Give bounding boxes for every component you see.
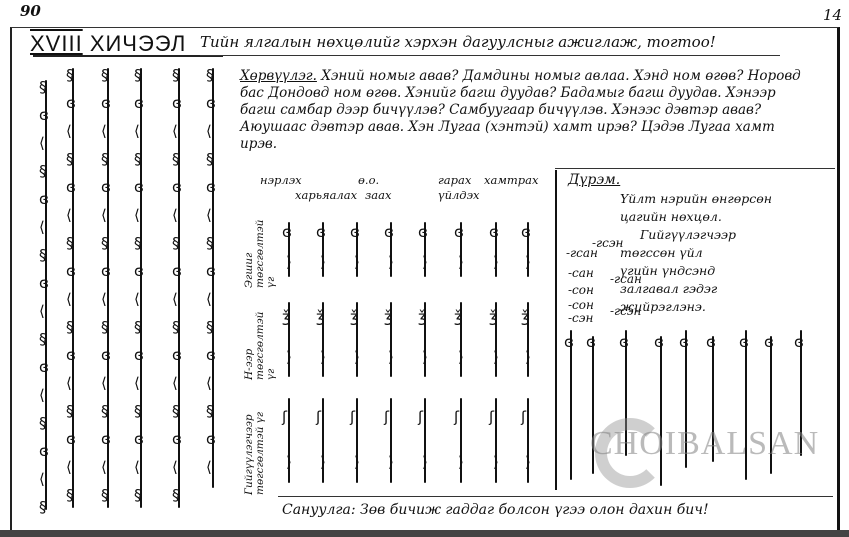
script-glyph: ⟨ — [101, 124, 107, 139]
suffix: -сон — [568, 283, 594, 297]
script-glyph: ⟨ — [39, 220, 45, 235]
script-glyph: ⟩ — [525, 455, 531, 470]
rule-line: үгийн үндсэнд — [620, 262, 835, 280]
lesson-underline — [33, 55, 223, 57]
reminder-note: Сануулга: Зөв бичиж гаддаг болсон үгээ о… — [282, 502, 709, 518]
script-glyph: ɞ — [282, 225, 292, 240]
lesson-numeral: XVIII — [30, 31, 83, 56]
script-glyph: § — [66, 236, 74, 251]
exercise-paragraph: Хөрвүүлэг. Хэний номыг авав? Дамдины ном… — [240, 68, 805, 153]
script-glyph: ⟩ — [286, 350, 292, 365]
scan-edge — [0, 530, 849, 537]
script-glyph: ⟩ — [320, 255, 326, 270]
script-glyph: § — [101, 236, 109, 251]
divider — [555, 168, 835, 169]
script-glyph: ⟨ — [101, 292, 107, 307]
script-glyph: ɞ — [206, 348, 216, 363]
script-glyph: § — [101, 320, 109, 335]
script-glyph: § — [39, 248, 47, 263]
script-glyph: ɞ — [206, 432, 216, 447]
script-glyph: ⟨ — [206, 376, 212, 391]
script-glyph: § — [39, 80, 47, 95]
script-glyph: ⟩ — [493, 455, 499, 470]
script-glyph: § — [134, 488, 142, 503]
script-glyph: ǯ — [316, 310, 325, 325]
script-glyph: § — [206, 152, 214, 167]
script-glyph: ⟨ — [101, 460, 107, 475]
script-glyph: ɞ — [564, 335, 574, 350]
script-glyph: ⟨ — [134, 292, 140, 307]
script-glyph: ⟩ — [422, 455, 428, 470]
script-glyph: ɞ — [134, 264, 144, 279]
script-glyph: § — [206, 404, 214, 419]
suffix: -гсан — [610, 272, 642, 286]
suffix: -гсэн — [592, 236, 623, 250]
script-glyph: § — [172, 68, 180, 83]
script-glyph: § — [66, 320, 74, 335]
script-glyph: ǯ — [282, 310, 291, 325]
script-glyph: ɞ — [489, 225, 499, 240]
script-glyph: ɞ — [66, 264, 76, 279]
script-glyph: ⟨ — [66, 208, 72, 223]
script-glyph: ⟩ — [493, 350, 499, 365]
script-glyph: ⟩ — [525, 350, 531, 365]
script-glyph: ⟩ — [493, 255, 499, 270]
script-glyph: ⟨ — [134, 124, 140, 139]
script-glyph: ɞ — [384, 225, 394, 240]
script-glyph: § — [66, 404, 74, 419]
script-glyph: ⟨ — [134, 376, 140, 391]
header-genitive: харьяалах — [295, 188, 357, 202]
script-glyph: ǯ — [384, 310, 393, 325]
script-glyph: ⟩ — [422, 255, 428, 270]
script-glyph: ɞ — [679, 335, 689, 350]
suffix: -сон — [568, 298, 594, 312]
script-glyph: § — [39, 164, 47, 179]
script-glyph: ɞ — [586, 335, 596, 350]
script-glyph: § — [134, 404, 142, 419]
script-glyph: ⟨ — [66, 124, 72, 139]
script-glyph: ɞ — [206, 96, 216, 111]
script-glyph: ɞ — [39, 360, 49, 375]
script-glyph: ǯ — [489, 310, 498, 325]
divider — [278, 496, 833, 497]
script-glyph: § — [172, 152, 180, 167]
script-glyph: ⟩ — [388, 455, 394, 470]
script-glyph: ɞ — [706, 335, 716, 350]
script-glyph: § — [39, 500, 47, 515]
script-glyph: ʃ — [454, 410, 459, 425]
script-glyph: § — [101, 488, 109, 503]
script-glyph: ⟩ — [525, 255, 531, 270]
script-glyph: ⟨ — [206, 208, 212, 223]
script-glyph: ɞ — [39, 108, 49, 123]
script-glyph: ǯ — [350, 310, 359, 325]
script-glyph: ɞ — [134, 96, 144, 111]
row-label-consonant: Гийгүүлэгчээр төгсгөлтэй үг — [244, 395, 266, 495]
header-ablative: гарах — [438, 173, 471, 187]
script-glyph: ʃ — [316, 410, 321, 425]
script-glyph: ɞ — [101, 264, 111, 279]
script-glyph: ʃ — [282, 410, 287, 425]
header-accusative: заах — [365, 188, 391, 202]
script-glyph: ɞ — [350, 225, 360, 240]
row-label-n: Н-ээр төгсгөлтэй үг — [244, 300, 277, 380]
script-glyph: ǯ — [418, 310, 427, 325]
script-glyph: ɞ — [206, 264, 216, 279]
script-glyph: ʃ — [418, 410, 423, 425]
script-glyph: § — [172, 320, 180, 335]
script-glyph: ɞ — [172, 348, 182, 363]
script-glyph: ⟨ — [39, 472, 45, 487]
script-glyph: § — [39, 332, 47, 347]
script-glyph: ⟩ — [286, 455, 292, 470]
rule-line: цагийн нөхцөл. — [620, 208, 835, 226]
script-glyph: ǯ — [521, 310, 530, 325]
rule-line: төгссөн үйл — [620, 244, 835, 262]
script-glyph: ɞ — [101, 348, 111, 363]
script-glyph: ⟨ — [134, 460, 140, 475]
script-glyph: ɞ — [739, 335, 749, 350]
script-glyph: § — [39, 416, 47, 431]
script-glyph: ɞ — [101, 432, 111, 447]
script-glyph: ɞ — [654, 335, 664, 350]
lesson-word: ХИЧЭЭЛ — [90, 31, 186, 56]
script-glyph: ⟩ — [388, 255, 394, 270]
rule-box-border — [555, 170, 557, 490]
script-glyph: ɞ — [101, 180, 111, 195]
script-glyph: § — [134, 320, 142, 335]
script-glyph: ⟨ — [66, 460, 72, 475]
exercise-lead: Хөрвүүлэг. — [240, 68, 317, 84]
script-glyph: ɞ — [794, 335, 804, 350]
script-glyph: § — [134, 152, 142, 167]
script-glyph: ɞ — [39, 192, 49, 207]
script-glyph: § — [101, 152, 109, 167]
header-instrumental: үйлдэх — [438, 188, 480, 202]
script-glyph: § — [206, 320, 214, 335]
script-glyph: § — [101, 68, 109, 83]
script-glyph: ⟨ — [172, 208, 178, 223]
script-glyph: § — [66, 152, 74, 167]
script-glyph: ⟩ — [354, 255, 360, 270]
page-number-left: 90 — [20, 2, 41, 20]
script-glyph: ⟨ — [206, 292, 212, 307]
script-glyph: ɞ — [134, 348, 144, 363]
script-glyph: ⟨ — [39, 136, 45, 151]
script-glyph: § — [134, 236, 142, 251]
script-glyph: ⟨ — [134, 208, 140, 223]
script-glyph: ⟨ — [172, 460, 178, 475]
script-glyph: ɞ — [172, 180, 182, 195]
script-glyph: § — [172, 236, 180, 251]
rule-text: Үйлт нэрийн өнгөрсөн цагийн нөхцөл. Гийг… — [620, 190, 835, 316]
script-glyph: ⟨ — [101, 376, 107, 391]
rule-line: Гийгүүлэгчээр — [620, 226, 835, 244]
script-glyph: ɞ — [454, 225, 464, 240]
script-glyph: ⟨ — [172, 292, 178, 307]
script-glyph: ⟨ — [206, 460, 212, 475]
script-glyph: ⟩ — [458, 255, 464, 270]
topic-heading: Тийн ялгалын нөхцөлийг хэрхэн дагуулсныг… — [200, 33, 716, 51]
script-glyph: § — [66, 68, 74, 83]
script-glyph: ɞ — [206, 180, 216, 195]
script-glyph: ⟨ — [39, 388, 45, 403]
lesson-title: XVIII ХИЧЭЭЛ — [30, 31, 186, 57]
script-glyph: ʃ — [489, 410, 494, 425]
script-glyph: ɞ — [172, 264, 182, 279]
script-glyph: ʃ — [350, 410, 355, 425]
script-glyph: ɞ — [66, 432, 76, 447]
script-glyph: ⟨ — [101, 208, 107, 223]
script-glyph: ɞ — [39, 276, 49, 291]
row-label-vowel: Эгшиг төгсгөлтэй үг — [244, 218, 277, 288]
suffix: -гсэн — [610, 304, 641, 318]
script-glyph: § — [101, 404, 109, 419]
script-glyph: ⟨ — [66, 292, 72, 307]
script-glyph: ɞ — [316, 225, 326, 240]
script-glyph: ⟩ — [354, 350, 360, 365]
script-glyph: § — [172, 404, 180, 419]
script-glyph: ⟩ — [458, 350, 464, 365]
script-glyph: ⟩ — [320, 350, 326, 365]
script-glyph: ⟨ — [172, 124, 178, 139]
topic-underline — [200, 55, 780, 56]
header-comitative: хамтрах — [484, 173, 539, 187]
header-nominative: нэрлэх — [260, 173, 302, 187]
script-glyph: ⟨ — [66, 376, 72, 391]
script-glyph: ɞ — [39, 444, 49, 459]
script-glyph: ɞ — [134, 432, 144, 447]
script-glyph: ɞ — [521, 225, 531, 240]
script-glyph: ʃ — [521, 410, 526, 425]
example-column — [570, 330, 572, 480]
watermark-text: CHOIBALSAN — [590, 425, 819, 463]
script-glyph: ǯ — [454, 310, 463, 325]
script-glyph: ⟨ — [39, 304, 45, 319]
script-glyph: ɞ — [418, 225, 428, 240]
script-glyph: § — [172, 488, 180, 503]
rule-title: Дүрэм. — [568, 172, 620, 188]
script-glyph: ɞ — [66, 96, 76, 111]
script-glyph: ɞ — [172, 96, 182, 111]
script-glyph: ⟨ — [172, 376, 178, 391]
script-glyph: ʃ — [384, 410, 389, 425]
rule-line: Үйлт нэрийн өнгөрсөн — [620, 190, 835, 208]
script-glyph: ⟩ — [354, 455, 360, 470]
rule-line: жийрэглэнэ. — [620, 298, 835, 316]
script-glyph: ⟩ — [320, 455, 326, 470]
script-glyph: ⟩ — [422, 350, 428, 365]
script-glyph: ⟩ — [458, 455, 464, 470]
script-glyph: ⟩ — [388, 350, 394, 365]
exercise-body: Хэний номыг авав? Дамдины номыг авлаа. Х… — [240, 68, 801, 152]
script-glyph: ɞ — [66, 180, 76, 195]
page-number-right: 14 — [823, 6, 842, 24]
suffix: -сан — [568, 266, 594, 280]
rule-line: залгавал гэдэг — [620, 280, 835, 298]
script-glyph: ⟩ — [286, 255, 292, 270]
script-glyph: ɞ — [101, 96, 111, 111]
script-glyph: § — [66, 488, 74, 503]
script-glyph: § — [206, 236, 214, 251]
header-dative: ө.о. — [358, 173, 379, 187]
script-glyph: ⟨ — [206, 124, 212, 139]
script-glyph: ɞ — [619, 335, 629, 350]
script-glyph: § — [134, 68, 142, 83]
script-glyph: ɞ — [172, 432, 182, 447]
suffix: -сэн — [568, 311, 593, 325]
script-glyph: ɞ — [764, 335, 774, 350]
script-glyph: ɞ — [66, 348, 76, 363]
script-glyph: § — [206, 68, 214, 83]
script-glyph: ɞ — [134, 180, 144, 195]
